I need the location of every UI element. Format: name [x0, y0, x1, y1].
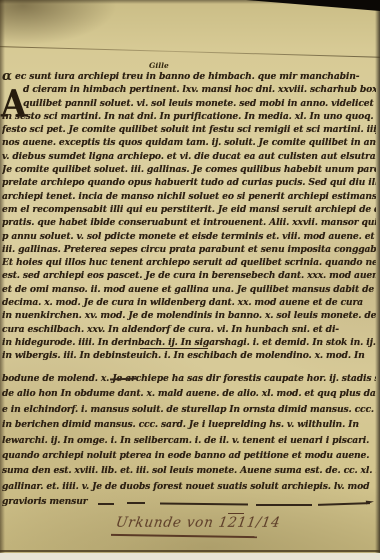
- manuscript-line: est. sed archiepi eos pascet. Je de cura…: [2, 269, 376, 282]
- caption-underline: [111, 534, 257, 538]
- manuscript-line: in sesto sci martini. In nat dni. In pur…: [2, 110, 376, 123]
- charter-photograph: ɑ Gille A ec sunt iura archiepi treu in …: [0, 0, 380, 560]
- manuscript-line: nos auene. exceptis tis quos quidam tam.…: [2, 136, 376, 149]
- handwritten-caption: Urkunde von 1211/14: [115, 515, 282, 531]
- caption-tick-mark: [228, 513, 244, 514]
- manuscript-paragraph-1: ec sunt iura archiepi treu in banno de h…: [2, 70, 376, 363]
- manuscript-line: archiepi tenet. incia de manso nichil so…: [2, 190, 376, 203]
- manuscript-line: prelate archiepo quando opus habuerit tu…: [2, 176, 376, 189]
- manuscript-line: festo sci pet. Je comite quilibet soluit…: [2, 123, 376, 136]
- parchment-bottom-shadow: [0, 550, 380, 552]
- manuscript-line: iii. gallinas. Preterea sepes circu prat…: [2, 243, 376, 256]
- manuscript-line: in wibergis. iii. In debinsteuich. i. In…: [2, 349, 376, 362]
- manuscript-line: ec sunt iura archiepi treu in banno de h…: [2, 70, 376, 83]
- interlinear-gloss: Gille: [149, 62, 169, 70]
- manuscript-paragraph-2: bodune de molend. x. Je archiepe ha sas …: [2, 371, 376, 510]
- manuscript-line: Je comite quilibet soluet. iii. gallinas…: [2, 163, 376, 176]
- parchment-sheet: ɑ Gille A ec sunt iura archiepi treu in …: [0, 0, 380, 553]
- manuscript-line: de alio hon In obdume dant. x. mald auen…: [2, 386, 376, 401]
- line-filler-dash: [98, 503, 114, 505]
- manuscript-line: in berichen dimid mansus. ccc. sard. Je …: [2, 417, 376, 432]
- manuscript-line: in nuenkirchen. xv. mod. Je de molendini…: [2, 309, 376, 322]
- manuscript-line: pratis. que habet ibide conseruabunt et …: [2, 216, 376, 229]
- manuscript-line: quando archiepi noluit pterea in eode ba…: [2, 448, 376, 463]
- fold-crease-line: [0, 46, 380, 58]
- manuscript-line: e in elchindorf. i. mansus soluit. de st…: [2, 402, 376, 417]
- manuscript-line: Et hoies qui illos huc tenent archiepo s…: [2, 256, 376, 269]
- manuscript-line: gallinar. et. iiii. v. Je de duobs fores…: [2, 479, 376, 494]
- manuscript-line: p annu soluet. v. sol pdicte monete et e…: [2, 230, 376, 243]
- manuscript-line: bodune de molend. x. Je archiepe ha sas …: [2, 371, 376, 386]
- line-filler-dash: [256, 504, 312, 506]
- manuscript-line: em el recompensabit illi qui eu perstite…: [2, 203, 376, 216]
- manuscript-line: d cieram in himbach pertinent. lxv. mans…: [2, 83, 376, 96]
- manuscript-line: quilibet pannil soluet. vi. sol leuis mo…: [2, 97, 376, 110]
- line-filler-dash: [127, 502, 145, 504]
- photo-border-strip: [0, 553, 380, 560]
- manuscript-line: decima. x. mod. Je de cura in wildenberg…: [2, 296, 376, 309]
- manuscript-line: et de omi manso. ii. mod auene et gallin…: [2, 283, 376, 296]
- manuscript-line: cura eschilbach. xxv. In aldendorf de cu…: [2, 323, 376, 336]
- manuscript-line: suma den est. xviii. lib. et. iii. sol l…: [2, 463, 376, 478]
- manuscript-line: lewarchi. ij. In omge. i. In selibercam.…: [2, 433, 376, 448]
- manuscript-line: v. diebus sumdet ligna archiepo. et vi. …: [2, 150, 376, 163]
- photo-corner-shadow: [246, 0, 380, 11]
- placename-underline-mark: [140, 348, 208, 349]
